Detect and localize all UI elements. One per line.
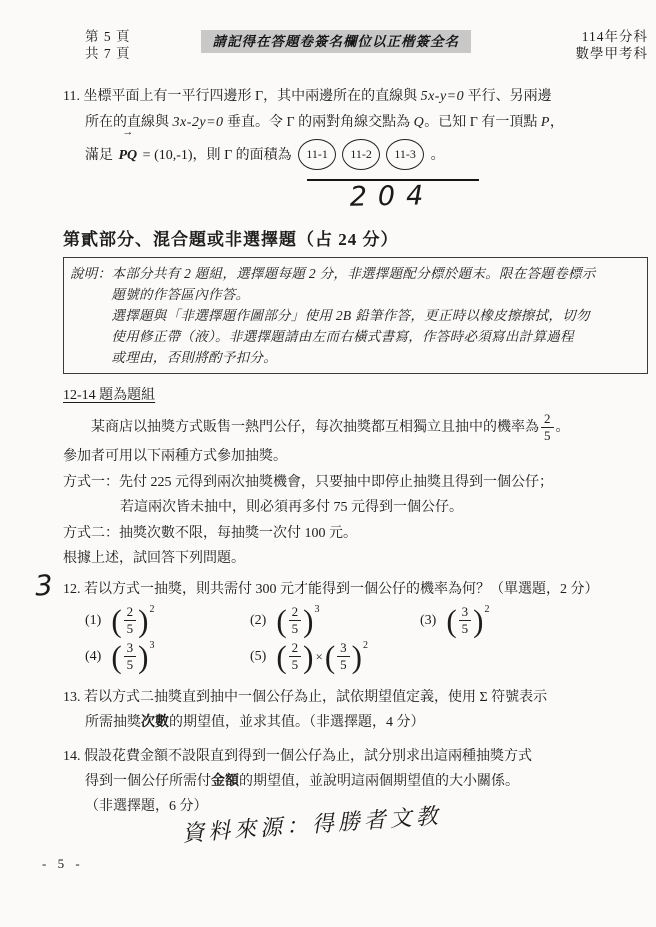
fraction-2-5: 25 — [541, 412, 554, 443]
instruction-line: 選擇題與「非選擇題作圖部分」使用 2B 鉛筆作答，更正時以橡皮擦擦拭，切勿 — [111, 305, 595, 326]
exam-page: 第 5 頁 共 7 頁 請記得在答題卷簽名欄位以正楷簽全名 114年分科 數學甲… — [0, 0, 656, 927]
left-paren: ( — [111, 641, 121, 672]
text-segment: 的面積為 — [232, 148, 292, 163]
text-segment: 平行、另兩邊 — [464, 89, 552, 104]
bold-term: 金額 — [211, 774, 239, 789]
instructions-text: 本部分共有 2 題組，選擇題每題 2 分，非選擇題配分標於題末。限在答題卷標示 … — [111, 263, 595, 368]
point-q: Q — [414, 115, 425, 130]
section-2-title: 第貳部分、混合題或非選擇題（占 24 分） — [63, 229, 648, 251]
instructions-label: 說明： — [70, 263, 111, 368]
question-12-options: (1)(25)2 (2)(25)3 (3)(35)2 (4)(35)3 (5)(… — [63, 604, 648, 674]
intro-line-6: 根據上述，試回答下列問題。 — [63, 546, 648, 572]
option-3: (3)(35)2 — [420, 604, 648, 638]
equation: 5x-y=0 — [421, 89, 465, 104]
text-segment: 。 — [431, 148, 445, 163]
page-number-line: 第 5 頁 — [85, 28, 131, 45]
text-segment: 的期望值，並求其值。（非選擇題，4 分） — [169, 715, 425, 730]
handwritten-answer-204: 204 — [317, 180, 468, 215]
answer-blank-11-2: 11-2 — [342, 139, 380, 170]
text-segment: 得到一個公仔所需付 — [85, 774, 211, 789]
question-11-line-1: 11. 坐標平面上有一平行四邊形 Γ，其中兩邊所在的直線與 5x-y=0 平行、… — [85, 84, 648, 110]
question-11: 11. 坐標平面上有一平行四邊形 Γ，其中兩邊所在的直線與 5x-y=0 平行、… — [63, 84, 648, 213]
left-paren: ( — [325, 641, 335, 672]
exponent: 3 — [314, 605, 319, 615]
exponent: 2 — [149, 605, 154, 615]
left-paren: ( — [446, 605, 456, 636]
fraction-numerator: 3 — [337, 641, 350, 657]
answer-blank-11-3: 11-3 — [386, 139, 424, 170]
vector-letters: PQ — [119, 148, 138, 163]
intro-line-1: 某商店以抽獎方式販售一熱門公仔，每次抽獎都互相獨立且抽中的機率為25。 — [63, 412, 648, 444]
fraction-numerator: 3 — [459, 605, 472, 621]
multiply-sign: × — [315, 644, 322, 670]
fraction-numerator: 3 — [124, 641, 137, 657]
answer-blank-11-1: 11-1 — [298, 139, 336, 170]
fraction-denominator: 5 — [459, 621, 472, 636]
question-14-line-2: 得到一個公仔所需付金額的期望值，並說明這兩個期望值的大小關係。 — [85, 769, 648, 794]
option-4: (4)(35)3 — [85, 640, 250, 674]
handwritten-answer-3: 3 — [34, 568, 54, 603]
fraction-power: (35)2 — [446, 605, 489, 636]
right-paren: ) — [138, 605, 148, 636]
page-content: 11. 坐標平面上有一平行四邊形 Γ，其中兩邊所在的直線與 5x-y=0 平行、… — [63, 84, 648, 819]
question-11-line-3: 滿足 →PQ = (10,-1)，則 Γ 的面積為 11-111-211-3 。 — [85, 138, 648, 174]
point-p: P — [541, 115, 550, 130]
text-segment: 滿足 — [85, 148, 117, 163]
fraction-power: (25)3 — [276, 605, 319, 636]
left-paren: ( — [111, 605, 121, 636]
intro-line-3: 方式一：先付 225 元得到兩次抽獎機會，只要抽中即停止抽獎且得到一個公仔； — [63, 470, 648, 496]
intro-line-5: 方式二：抽獎次數不限，每抽獎一次付 100 元。 — [63, 521, 648, 547]
fraction-denominator: 5 — [337, 657, 350, 672]
fraction-denominator: 5 — [124, 657, 137, 672]
right-paren: ) — [138, 641, 148, 672]
gamma-symbol: Γ — [287, 115, 295, 130]
option-label: (5) — [250, 644, 266, 670]
text-segment: ， — [550, 115, 564, 130]
fraction-denominator: 5 — [289, 657, 302, 672]
gamma-symbol: Γ — [255, 89, 263, 104]
instruction-line: 使用修正帶（液）。非選擇題請由左而右橫式書寫，作答時必須寫出計算過程 — [111, 326, 595, 347]
option-5: (5)(25)×(35)2 — [250, 640, 420, 674]
page-header: 第 5 頁 共 7 頁 請記得在答題卷簽名欄位以正楷簽全名 114年分科 數學甲… — [63, 28, 648, 62]
vector-pq: →PQ — [119, 138, 138, 174]
exam-subject: 數學甲考科 — [576, 45, 649, 62]
page-indicator: 第 5 頁 共 7 頁 — [85, 28, 131, 62]
question-12: 3 12. 若以方式一抽獎，則共需付 300 元才能得到一個公仔的機率為何？（單… — [63, 577, 648, 674]
text-segment: = (10,-1)，則 — [139, 148, 224, 163]
exponent: 3 — [149, 641, 154, 651]
question-13-line-1: 13. 若以方式二抽獎直到抽中一個公仔為止，試依期望值定義，使用 Σ 符號表示 — [85, 685, 648, 710]
intro-line-4: 若這兩次皆未抽中，則必須再多付 75 元得到一個公仔。 — [63, 495, 648, 521]
instruction-line: 或理由，否則將酌予扣分。 — [111, 347, 595, 368]
exam-year: 114年分科 — [576, 28, 649, 45]
footer-page-number: - 5 - — [42, 851, 84, 877]
group-intro: 某商店以抽獎方式販售一熱門公仔，每次抽獎都互相獨立且抽中的機率為25。 參加者可… — [63, 412, 648, 572]
text-segment: 某商店以抽獎方式販售一熱門公仔，每次抽獎都互相獨立且抽中的機率為 — [91, 420, 539, 435]
text-segment: 。 — [556, 420, 570, 435]
page-total-line: 共 7 頁 — [85, 45, 131, 62]
option-label: (4) — [85, 644, 101, 670]
question-13-line-2: 所需抽獎次數的期望值，並求其值。（非選擇題，4 分） — [85, 710, 648, 735]
text-segment: 有一頂點 — [478, 115, 541, 130]
text-segment: 。已知 — [424, 115, 470, 130]
option-label: (3) — [420, 608, 436, 634]
instruction-line: 本部分共有 2 題組，選擇題每題 2 分，非選擇題配分標於題末。限在答題卷標示 — [111, 263, 595, 284]
gamma-symbol: Γ — [224, 148, 232, 163]
intro-line-2: 參加者可用以下兩種方式參加抽獎。 — [63, 444, 648, 470]
text-segment: 11. 坐標平面上有一平行四邊形 — [63, 89, 255, 104]
right-paren: ) — [303, 605, 313, 636]
fraction-denominator: 5 — [289, 621, 302, 636]
equation: 3x-2y=0 — [173, 115, 224, 130]
option-1: (1)(25)2 — [85, 604, 250, 638]
fraction-numerator: 2 — [289, 641, 302, 657]
instruction-line: 題號的作答區內作答。 — [111, 284, 595, 305]
question-12-text: 12. 若以方式一抽獎，則共需付 300 元才能得到一個公仔的機率為何？（單選題… — [63, 577, 648, 603]
option-label: (2) — [250, 608, 266, 634]
text-segment: 的兩對角線交點為 — [295, 115, 414, 130]
exponent: 2 — [363, 641, 368, 651]
signature-notice: 請記得在答題卷簽名欄位以正楷簽全名 — [201, 30, 472, 53]
left-paren: ( — [276, 641, 286, 672]
question-13: 13. 若以方式二抽獎直到抽中一個公仔為止，試依期望值定義，使用 Σ 符號表示 … — [63, 685, 648, 735]
text-segment: 的期望值，並說明這兩個期望值的大小關係。 — [239, 774, 519, 789]
fraction-denominator: 5 — [541, 428, 554, 443]
fraction-numerator: 2 — [124, 605, 137, 621]
fraction-numerator: 2 — [289, 605, 302, 621]
fraction: (25) — [276, 641, 313, 672]
fraction-power: (35)2 — [325, 641, 368, 672]
question-group-heading: 12-14 題為題組 — [63, 383, 155, 409]
instructions-box: 說明： 本部分共有 2 題組，選擇題每題 2 分，非選擇題配分標於題末。限在答題… — [63, 257, 648, 374]
question-11-line-2: 所在的直線與 3x-2y=0 垂直。令 Γ 的兩對角線交點為 Q。已知 Γ 有一… — [85, 110, 648, 136]
fraction-power: (25)2 — [111, 605, 154, 636]
fraction-power: (35)3 — [111, 641, 154, 672]
option-label: (1) — [85, 608, 101, 634]
right-paren: ) — [473, 605, 483, 636]
fraction-denominator: 5 — [124, 621, 137, 636]
fraction-numerator: 2 — [541, 412, 554, 428]
text-segment: 所需抽獎 — [85, 715, 141, 730]
bold-term: 次數 — [141, 715, 169, 730]
gamma-symbol: Γ — [470, 115, 478, 130]
right-paren: ) — [303, 641, 313, 672]
right-paren: ) — [352, 641, 362, 672]
left-paren: ( — [276, 605, 286, 636]
vector-arrow-icon: → — [119, 127, 138, 138]
exam-title: 114年分科 數學甲考科 — [576, 28, 649, 62]
question-14-line-1: 14. 假設花費金額不設限直到得到一個公仔為止，試分別求出這兩種抽獎方式 — [85, 744, 648, 769]
exponent: 2 — [484, 605, 489, 615]
text-segment: ，其中兩邊所在的直線與 — [263, 89, 421, 104]
option-2: (2)(25)3 — [250, 604, 420, 638]
text-segment: 垂直。令 — [224, 115, 287, 130]
